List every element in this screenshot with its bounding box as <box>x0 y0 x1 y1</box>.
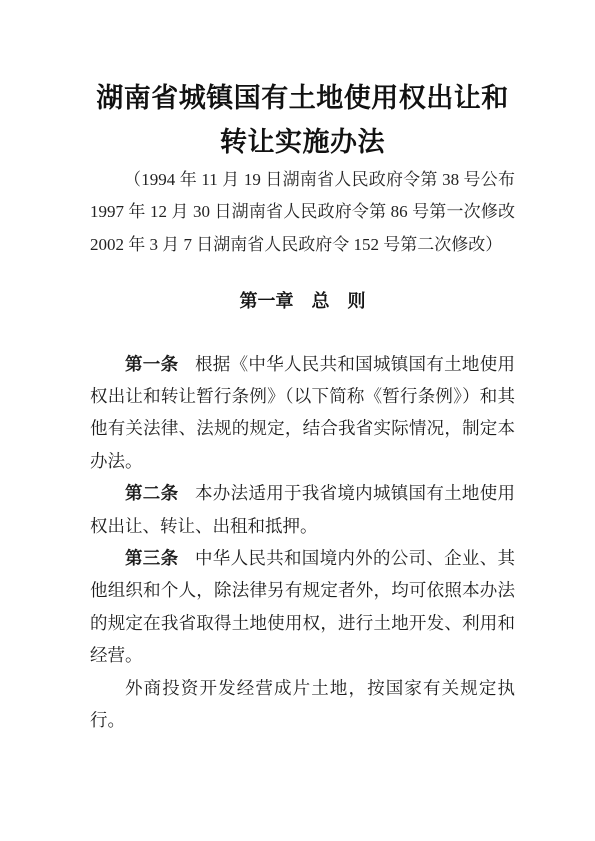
article-paragraph: 第三条中华人民共和国境内外的公司、企业、其他组织和个人，除法律另有规定者外，均可… <box>90 542 515 672</box>
article-number: 第三条 <box>125 548 178 568</box>
articles-container: 第一条根据《中华人民共和国城镇国有土地使用权出让和转让暂行条例》（以下简称《暂行… <box>90 348 515 737</box>
promulgation-note: （1994 年 11 月 19 日湖南省人民政府令第 38 号公布 1997 年… <box>90 164 515 261</box>
chapter-heading: 第一章 总 则 <box>90 285 515 317</box>
article-paragraph: 第一条根据《中华人民共和国城镇国有土地使用权出让和转让暂行条例》（以下简称《暂行… <box>90 348 515 478</box>
article-number: 第一条 <box>125 354 178 374</box>
title-line-1: 湖南省城镇国有土地使用权出让和 <box>90 76 515 120</box>
document-page: 湖南省城镇国有土地使用权出让和 转让实施办法 （1994 年 11 月 19 日… <box>0 0 595 841</box>
document-title: 湖南省城镇国有土地使用权出让和 转让实施办法 <box>90 76 515 164</box>
article-number: 第二条 <box>125 483 178 503</box>
article-text: 外商投资开发经营成片土地，按国家有关规定执行。 <box>90 678 515 730</box>
title-line-2: 转让实施办法 <box>90 120 515 164</box>
article-paragraph: 第二条本办法适用于我省境内城镇国有土地使用权出让、转让、出租和抵押。 <box>90 477 515 542</box>
body-paragraph: 外商投资开发经营成片土地，按国家有关规定执行。 <box>90 672 515 737</box>
